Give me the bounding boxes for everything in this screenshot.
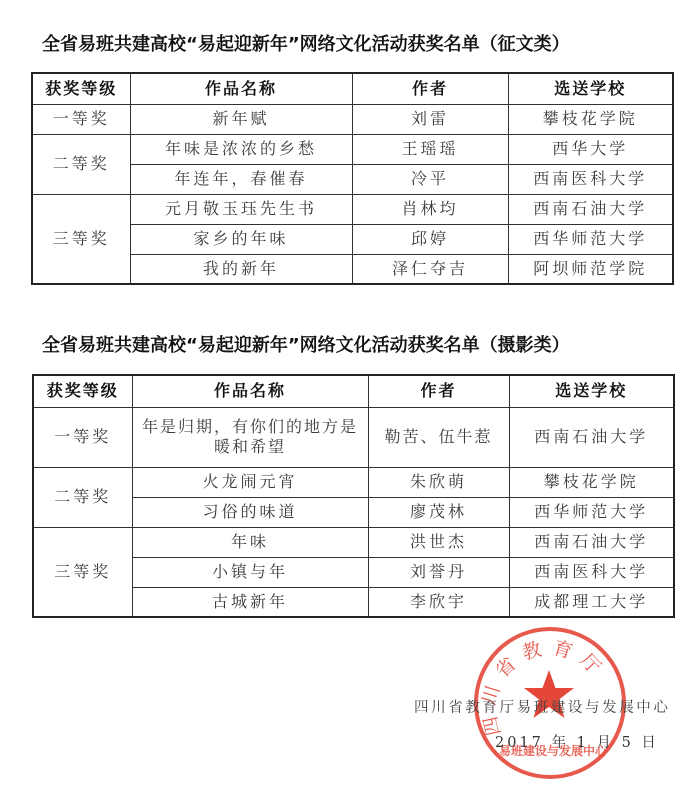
author-cell: 洪世杰 <box>368 527 509 557</box>
school-cell: 西南石油大学 <box>509 527 674 557</box>
author-cell: 李欣宇 <box>368 587 509 617</box>
photo-list-title: 全省易班共建高校“易起迎新年”网络文化活动获奖名单（摄影类） <box>42 331 570 357</box>
work-title-cell: 习俗的味道 <box>132 497 368 527</box>
table-header-row: 获奖等级 作品名称 作者 选送学校 <box>33 375 674 407</box>
work-title-cell: 家乡的年味 <box>130 224 352 254</box>
work-title-cell: 年味 <box>132 527 368 557</box>
table-header-row: 获奖等级 作品名称 作者 选送学校 <box>32 73 673 104</box>
award-level-cell: 三等奖 <box>32 194 130 284</box>
work-title-cell: 新年赋 <box>130 104 352 134</box>
essay-list-title: 全省易班共建高校“易起迎新年”网络文化活动获奖名单（征文类） <box>42 30 570 56</box>
header-school: 选送学校 <box>508 73 673 104</box>
author-cell: 勒苦、伍牛惹 <box>368 407 509 467</box>
author-cell: 泽仁夺吉 <box>352 254 508 284</box>
work-title-cell: 小镇与年 <box>132 557 368 587</box>
award-level-cell: 三等奖 <box>33 527 132 617</box>
issuing-organization: 四川省教育厅易班建设与发展中心 <box>414 696 671 717</box>
author-cell: 朱欣萌 <box>368 467 509 497</box>
school-cell: 西南医科大学 <box>509 557 674 587</box>
work-title-cell: 火龙闹元宵 <box>132 467 368 497</box>
work-title-cell: 年是归期，有你们的地方是暖和希望 <box>132 407 368 467</box>
author-cell: 邱婷 <box>352 224 508 254</box>
work-title-cell: 古城新年 <box>132 587 368 617</box>
table-row: 三等奖 年味 洪世杰 西南石油大学 <box>33 527 674 557</box>
school-cell: 西南石油大学 <box>509 407 674 467</box>
essay-awards-table: 获奖等级 作品名称 作者 选送学校 一等奖 新年赋 刘雷 攀枝花学院 二等奖 年… <box>31 72 674 285</box>
award-level-cell: 一等奖 <box>33 407 132 467</box>
author-cell: 刘雷 <box>352 104 508 134</box>
header-author: 作者 <box>368 375 509 407</box>
award-level-cell: 二等奖 <box>33 467 132 527</box>
table-row: 一等奖 新年赋 刘雷 攀枝花学院 <box>32 104 673 134</box>
author-cell: 王瑶瑶 <box>352 134 508 164</box>
school-cell: 攀枝花学院 <box>508 104 673 134</box>
school-cell: 成都理工大学 <box>509 587 674 617</box>
work-title-cell: 年味是浓浓的乡愁 <box>130 134 352 164</box>
school-cell: 西南石油大学 <box>508 194 673 224</box>
school-cell: 西华大学 <box>508 134 673 164</box>
work-title-cell: 我的新年 <box>130 254 352 284</box>
table-row: 二等奖 年味是浓浓的乡愁 王瑶瑶 西华大学 <box>32 134 673 164</box>
issue-date: 2017 年 1 月 5 日 <box>495 731 659 752</box>
author-cell: 冷平 <box>352 164 508 194</box>
school-cell: 阿坝师范学院 <box>508 254 673 284</box>
header-award-level: 获奖等级 <box>33 375 132 407</box>
header-work-title: 作品名称 <box>130 73 352 104</box>
award-level-cell: 二等奖 <box>32 134 130 194</box>
award-level-cell: 一等奖 <box>32 104 130 134</box>
table-row: 三等奖 元月敬玉珏先生书 肖林均 西南石油大学 <box>32 194 673 224</box>
table-row: 二等奖 火龙闹元宵 朱欣萌 攀枝花学院 <box>33 467 674 497</box>
work-title-cell: 元月敬玉珏先生书 <box>130 194 352 224</box>
header-work-title: 作品名称 <box>132 375 368 407</box>
school-cell: 西华师范大学 <box>509 497 674 527</box>
author-cell: 肖林均 <box>352 194 508 224</box>
school-cell: 西南医科大学 <box>508 164 673 194</box>
author-cell: 廖茂林 <box>368 497 509 527</box>
header-award-level: 获奖等级 <box>32 73 130 104</box>
school-cell: 攀枝花学院 <box>509 467 674 497</box>
table-row: 一等奖 年是归期，有你们的地方是暖和希望 勒苦、伍牛惹 西南石油大学 <box>33 407 674 467</box>
header-author: 作者 <box>352 73 508 104</box>
school-cell: 西华师范大学 <box>508 224 673 254</box>
header-school: 选送学校 <box>509 375 674 407</box>
author-cell: 刘誉丹 <box>368 557 509 587</box>
photo-awards-table: 获奖等级 作品名称 作者 选送学校 一等奖 年是归期，有你们的地方是暖和希望 勒… <box>32 374 675 618</box>
work-title-cell: 年连年，春催春 <box>130 164 352 194</box>
